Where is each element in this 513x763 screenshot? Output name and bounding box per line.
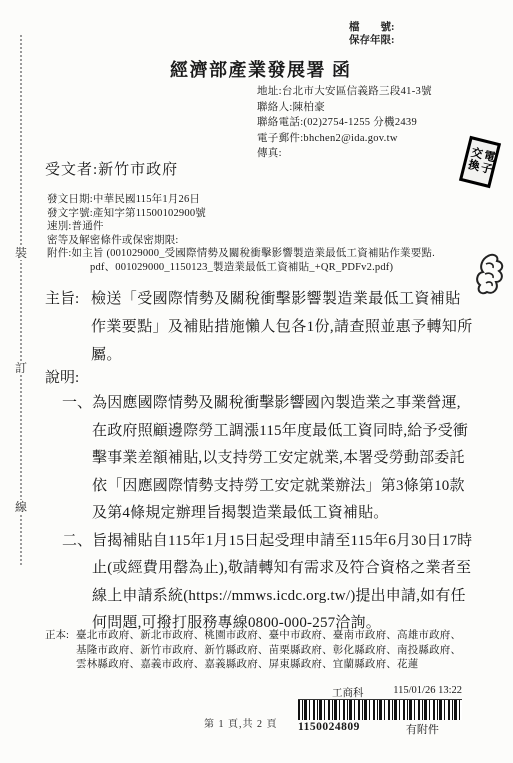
binding-dotted-line [20, 35, 22, 565]
subject-text: 檢送「受國際情勢及關稅衝擊影響製造業最低工資補貼作業要點」及補貼措施懶人包各1份… [91, 285, 475, 369]
explanation-label: 說明: [45, 366, 79, 387]
electronic-exchange-stamp: 電子交換 [459, 136, 501, 188]
contact-fax: 傳真: [257, 146, 432, 162]
contact-phone: 聯絡電話:(02)2754-1255 分機2439 [257, 115, 432, 131]
binding-mark-zhuang: 裝 [13, 246, 29, 260]
exchange-stamp-text: 電子交換 [464, 145, 496, 178]
issue-date-line: 發文日期:中華民國115年1月26日 [47, 193, 467, 207]
doc-number-line: 發文字號:產知字第11500102900號 [47, 207, 467, 221]
contact-address: 地址:台北市大安區信義路三段41-3號 [257, 84, 432, 100]
binding-mark-xian: 線 [13, 500, 29, 514]
attachment-note: 有附件 [406, 721, 439, 737]
timestamp: 115/01/26 13:22 [393, 685, 462, 700]
dept-name: 工商科 [332, 685, 364, 700]
binding-mark-ding: 訂 [13, 361, 29, 375]
item-text: 為因應國際情勢及關稅衝擊影響國內製造業之事業營運,在政府照顧邊際勞工調漲115年… [92, 390, 474, 528]
document-title: 經濟部產業發展署 函 [170, 56, 352, 82]
copy-to-text: 臺北市政府、新北市政府、桃園市政府、臺中市政府、臺南市政府、高雄市政府、基隆市政… [76, 629, 470, 673]
page-number: 第 1 頁,共 2 頁 [204, 715, 278, 730]
attachment-line-2: pdf、001029000_1150123_製造業最低工資補貼_+QR_PDFv… [47, 261, 467, 275]
scanned-official-letter: 裝 訂 線 檔 號: 保存年限: 經濟部產業發展署 函 地址:台北市大安區信義路… [0, 0, 513, 763]
contact-email: 電子郵件:bhchen2@ida.gov.tw [257, 131, 432, 147]
contact-person: 聯絡人:陳柏豪 [257, 100, 432, 116]
copy-to-label: 正本: [45, 629, 76, 673]
item-number: 一、 [62, 390, 92, 528]
copy-to-section: 正本: 臺北市政府、新北市政府、桃園市政府、臺中市政府、臺南市政府、高雄市政府、… [45, 629, 475, 673]
recipient-line: 受文者:新竹市政府 [45, 158, 178, 179]
file-number-label: 檔 號: [349, 22, 395, 35]
barcode-caption-row: 1150024809 有附件 [298, 721, 468, 737]
document-meta-block: 發文日期:中華民國115年1月26日 發文字號:產知字第11500102900號… [47, 193, 467, 275]
archive-labels: 檔 號: 保存年限: [349, 22, 395, 47]
subject-section: 主旨: 檢送「受國際情勢及關稅衝擊影響製造業最低工資補貼作業要點」及補貼措施懶人… [45, 285, 475, 369]
subject-label: 主旨: [45, 285, 91, 369]
explanation-item-1: 一、 為因應國際情勢及關稅衝擊影響國內製造業之事業營運,在政府照顧邊際勞工調漲1… [62, 390, 474, 528]
ink-smudge-stamp [476, 252, 508, 304]
footer-dept-row: 工商科 115/01/26 13:22 [332, 685, 462, 700]
speed-line: 速別:普通件 [47, 220, 467, 234]
barcode-number: 1150024809 [298, 721, 360, 737]
explanation-items: 一、 為因應國際情勢及關稅衝擊影響國內製造業之事業營運,在政府照顧邊際勞工調漲1… [62, 390, 474, 638]
item-number: 二、 [62, 528, 92, 638]
item-text: 旨揭補貼自115年1月15日起受理申請至115年6月30日17時止(或經費用罄為… [92, 528, 474, 638]
explanation-item-2: 二、 旨揭補貼自115年1月15日起受理申請至115年6月30日17時止(或經費… [62, 528, 474, 638]
security-line: 密等及解密條件或保密期限: [47, 234, 467, 248]
retention-period-label: 保存年限: [349, 35, 395, 48]
barcode [298, 699, 462, 720]
agency-contact-block: 地址:台北市大安區信義路三段41-3號 聯絡人:陳柏豪 聯絡電話:(02)275… [257, 84, 432, 162]
attachment-line-1: 附件:如主旨 (001029000_受國際情勢及關稅衝擊影響製造業最低工資補貼作… [47, 247, 467, 261]
